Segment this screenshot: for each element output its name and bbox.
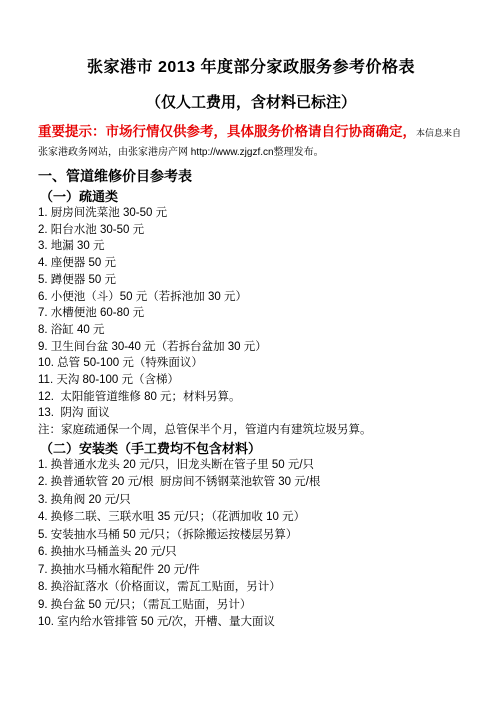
price-list-item: 12. 太阳能管道维修 80 元；材料另算。 (38, 389, 464, 406)
price-list-item: 9. 卫生间台盆 30-40 元（若拆台盆加 30 元） (38, 339, 464, 356)
price-list-item: 7. 换抽水马桶水箱配件 20 元/件 (38, 562, 464, 580)
document-subtitle: （仅人工费用，含材料已标注） (38, 93, 464, 112)
document-title: 张家港市 2013 年度部分家政服务参考价格表 (38, 58, 464, 78)
price-list-item: 8. 浴缸 40 元 (38, 322, 464, 339)
document-page: 张家港市 2013 年度部分家政服务参考价格表 （仅人工费用，含材料已标注） 重… (0, 0, 500, 632)
source-line: 张家港政务网站，由张家港房产网 http://www.zjgzf.cn整理发布。 (38, 146, 464, 160)
price-list-item: 5. 安装抽水马桶 50 元/只；（拆除搬运按楼层另算） (38, 527, 464, 545)
subsection-heading-dredging: （一）疏通类 (38, 188, 464, 205)
price-list-item: 11. 天沟 80-100 元（含梯） (38, 372, 464, 389)
price-list-item: 2. 阳台水池 30-50 元 (38, 222, 464, 239)
source-suffix-text: 本信息来自 (416, 128, 461, 138)
price-list-item: 6. 小便池（斗）50 元（若拆池加 30 元） (38, 289, 464, 306)
price-list-install: 1. 换普通水龙头 20 元/只，旧龙头断在管子里 50 元/只 2. 换普通软… (38, 457, 464, 632)
price-list-item: 1. 厨房间洗菜池 30-50 元 (38, 205, 464, 222)
notice-line: 重要提示：市场行情仅供参考，具体服务价格请自行协商确定，本信息来自 (38, 123, 464, 142)
price-list-item: 13. 阴沟 面议 (38, 405, 464, 422)
price-list-item: 4. 座便器 50 元 (38, 255, 464, 272)
price-list-item: 10. 室内给水管排管 50 元/次，开槽、量大面议 (38, 614, 464, 632)
price-list-item: 7. 水槽便池 60-80 元 (38, 305, 464, 322)
price-list-item: 9. 换台盆 50 元/只；（需瓦工贴面，另计） (38, 597, 464, 615)
subsection-heading-install: （二）安装类（手工费均不包含材料） (38, 440, 464, 457)
price-list-item: 6. 换抽水马桶盖头 20 元/只 (38, 544, 464, 562)
price-list-item: 8. 换浴缸落水（价格面议，需瓦工贴面，另计） (38, 579, 464, 597)
price-list-item: 4. 换修二联、三联水咀 35 元/只；（花洒加收 10 元） (38, 509, 464, 527)
list-note: 注：家庭疏通保一个周，总管保半个月，管道内有建筑垃圾另算。 (38, 422, 464, 439)
price-list-item: 1. 换普通水龙头 20 元/只，旧龙头断在管子里 50 元/只 (38, 457, 464, 475)
price-list-dredging: 1. 厨房间洗菜池 30-50 元 2. 阳台水池 30-50 元 3. 地漏 … (38, 205, 464, 422)
price-list-item: 2. 换普通软管 20 元/根 厨房间不锈钢菜池软管 30 元/根 (38, 474, 464, 492)
price-list-item: 3. 地漏 30 元 (38, 238, 464, 255)
section-heading: 一、管道维修价目参考表 (38, 167, 464, 185)
warning-text: 重要提示：市场行情仅供参考，具体服务价格请自行协商确定， (38, 124, 416, 139)
price-list-item: 10. 总管 50-100 元（特殊面议） (38, 355, 464, 372)
price-list-item: 5. 蹲便器 50 元 (38, 272, 464, 289)
price-list-item: 3. 换角阀 20 元/只 (38, 492, 464, 510)
